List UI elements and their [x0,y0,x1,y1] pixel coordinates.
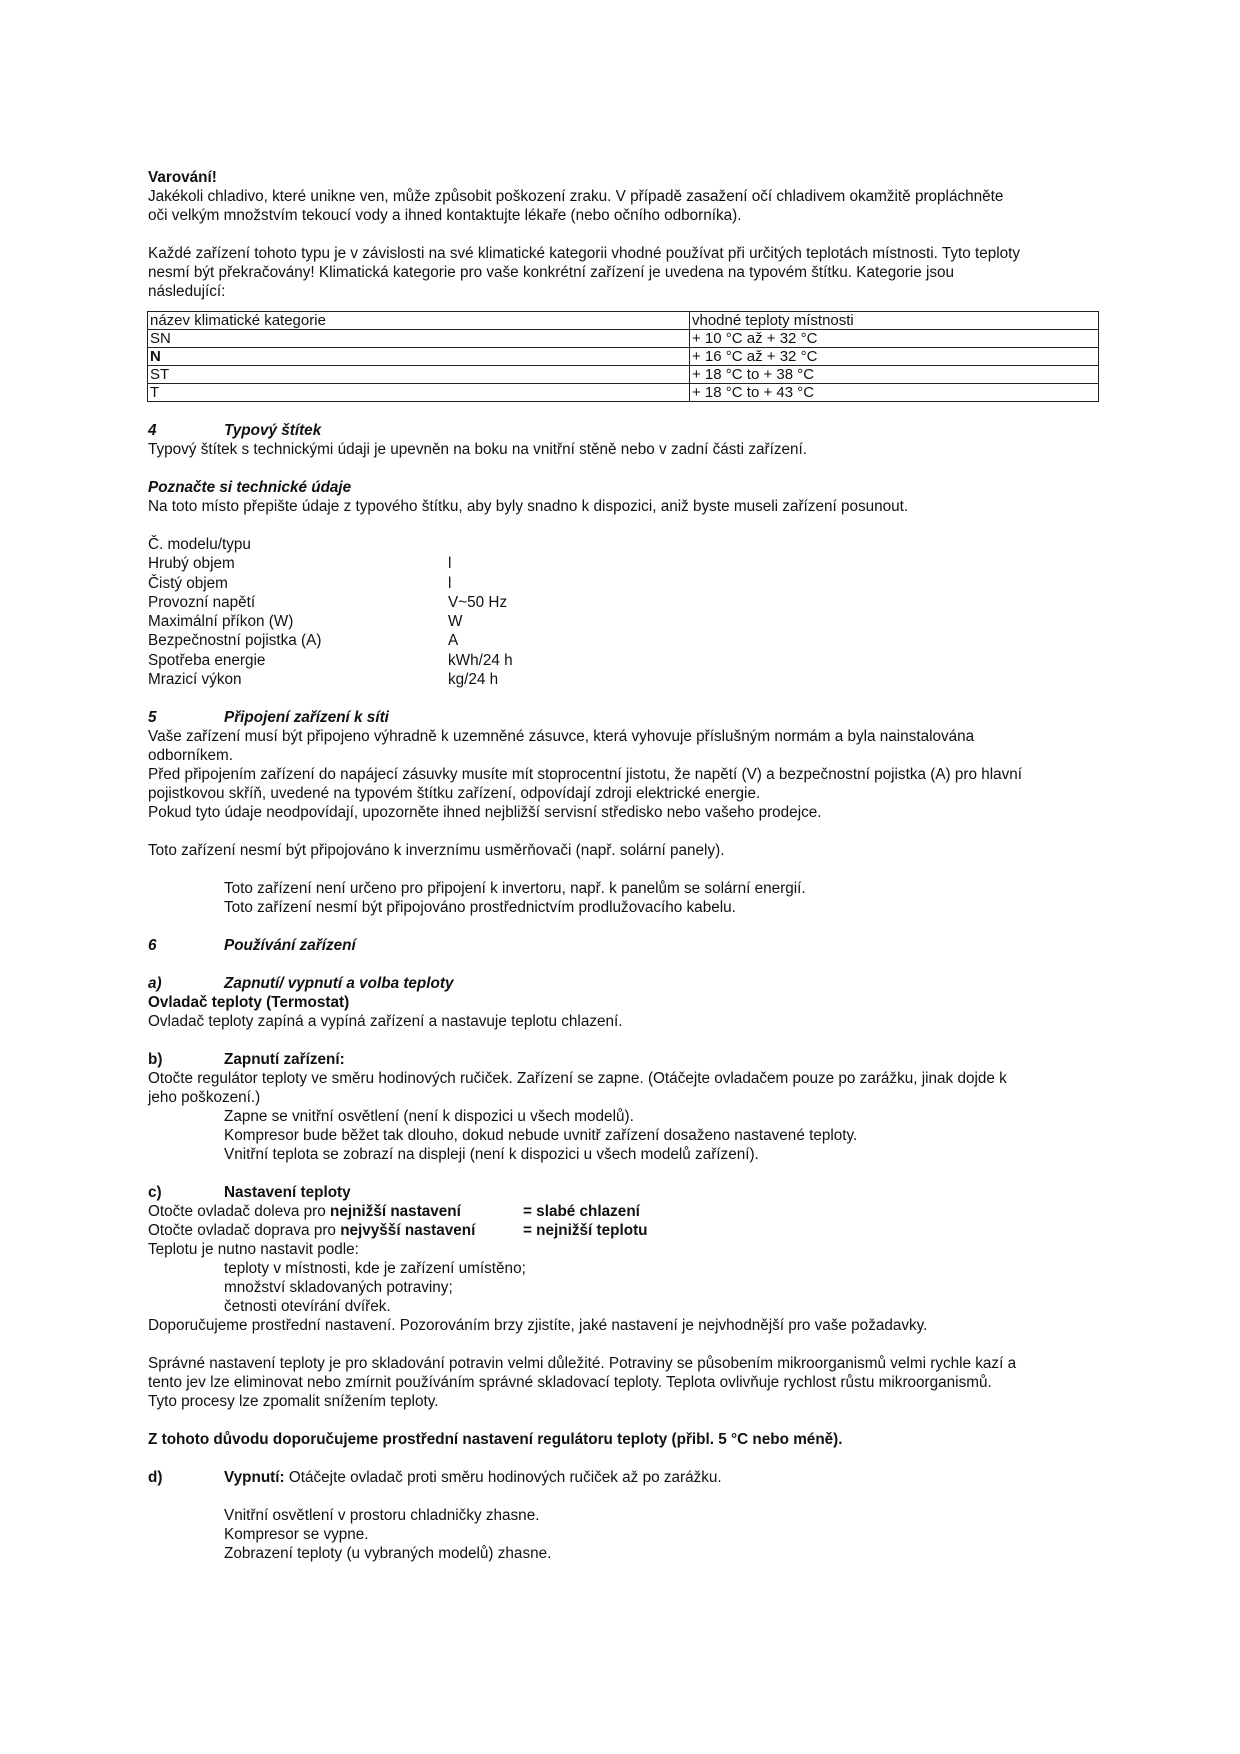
section-5-line: pojistkovou skříň, uvedené na typovém št… [148,784,1108,803]
tech-label: Provozní napětí [148,593,448,612]
tech-unit: l [448,574,451,593]
switch-on-item: Kompresor bude běžet tak dlouho, dokud n… [148,1126,1108,1145]
section-number: 4 [148,421,224,440]
section-5-heading: 5Připojení zařízení k síti [148,708,1108,727]
tech-data-row: Bezpečnostní pojistka (A)A [148,631,1108,650]
subsection-title: Nastavení teploty [224,1184,351,1201]
subsection-d-heading: d)Vypnutí: Otáčejte ovladač proti směru … [148,1468,1108,1487]
subsection-label: c) [148,1183,224,1202]
setting-row-left: Otočte ovladač doleva pro nejnižší nasta… [148,1202,1108,1221]
tech-data-row: Provozní napětíV~50 Hz [148,593,1108,612]
tech-data-subtext: Na toto místo přepište údaje z typového … [148,497,1108,516]
setting-result: = nejnižší teplotu [523,1222,648,1239]
table-cell: ST [148,366,690,384]
switch-on-item: Vnitřní teplota se zobrazí na displeji (… [148,1145,1108,1164]
recommend-text: Doporučujeme prostřední nastavení. Pozor… [148,1316,1108,1335]
table-cell: SN [148,330,690,348]
section-5-line: odborníkem. [148,746,1108,765]
climate-category-table: název klimatické kategorie vhodné teplot… [147,311,1099,402]
connection-note: Toto zařízení nesmí být připojováno pros… [148,898,1108,917]
section-number: 5 [148,708,224,727]
conclusion-text: Z tohoto důvodu doporučujeme prostřední … [148,1430,1108,1449]
thermostat-text: Ovladač teploty zapíná a vypíná zařízení… [148,1012,1108,1031]
thermostat-subtitle: Ovladač teploty (Termostat) [148,993,1108,1012]
climate-intro-line: nesmí být překračovány! Klimatická kateg… [148,263,1108,282]
table-header-row: název klimatické kategorie vhodné teplot… [148,312,1099,330]
tech-label: Hrubý objem [148,554,448,573]
storage-line: Správné nastavení teploty je pro skladov… [148,1354,1108,1373]
section-number: 6 [148,936,224,955]
switch-off-item: Kompresor se vypne. [148,1525,1108,1544]
warning-text-line: oči velkým množstvím tekoucí vody a ihne… [148,206,1108,225]
warning-title: Varování! [148,168,1108,187]
switch-off-text: Otáčejte ovladač proti směru hodinových … [285,1469,722,1486]
document-page: Varování! Jakékoli chladivo, které unikn… [148,168,1108,1563]
table-cell: N [148,348,690,366]
table-cell: + 16 °C až + 32 °C [690,348,1099,366]
section-4-heading: 4Typový štítek [148,421,1108,440]
tech-data-subtitle: Poznačte si technické údaje [148,478,1108,497]
table-cell: + 18 °C to + 43 °C [690,384,1099,402]
storage-line: Tyto procesy lze zpomalit snížením teplo… [148,1392,1108,1411]
tech-data-row: Č. modelu/typu [148,535,1108,554]
tech-data-row: Čistý objeml [148,574,1108,593]
inverter-warning: Toto zařízení nesmí být připojováno k in… [148,841,1108,860]
subsection-b-heading: b)Zapnutí zařízení: [148,1050,1108,1069]
tech-data-row: Hrubý objeml [148,554,1108,573]
tech-data-list: Č. modelu/typu Hrubý objeml Čistý objeml… [148,535,1108,689]
section-title: Používání zařízení [224,937,356,954]
tech-label: Spotřeba energie [148,651,448,670]
tech-data-row: Maximální příkon (W)W [148,612,1108,631]
subsection-title: Zapnutí/ vypnutí a volba teploty [224,975,453,992]
table-row: N + 16 °C až + 32 °C [148,348,1099,366]
connection-note: Toto zařízení není určeno pro připojení … [148,879,1108,898]
subsection-label: b) [148,1050,224,1069]
subsection-c-heading: c)Nastavení teploty [148,1183,1108,1202]
subsection-label: a) [148,974,224,993]
storage-line: tento jev lze eliminovat nebo zmírnit po… [148,1373,1108,1392]
table-row: T + 18 °C to + 43 °C [148,384,1099,402]
tech-unit: W [448,612,462,631]
table-header-cell: vhodné teploty místnosti [690,312,1099,330]
switch-off-item: Zobrazení teploty (u vybraných modelů) z… [148,1544,1108,1563]
tech-unit: kg/24 h [448,670,498,689]
tech-label: Bezpečnostní pojistka (A) [148,631,448,650]
tech-label: Č. modelu/typu [148,535,448,554]
section-5-line: Před připojením zařízení do napájecí zás… [148,765,1108,784]
subsection-title: Zapnutí zařízení: [224,1051,345,1068]
section-4-text: Typový štítek s technickými údaji je upe… [148,440,1108,459]
table-cell: + 18 °C to + 38 °C [690,366,1099,384]
section-title: Připojení zařízení k síti [224,709,389,726]
table-header-cell: název klimatické kategorie [148,312,690,330]
subsection-label: d) [148,1468,224,1487]
tech-unit: A [448,631,458,650]
tech-data-row: Mrazicí výkonkg/24 h [148,670,1108,689]
depends-item: četnosti otevírání dvířek. [148,1297,1108,1316]
tech-unit: V~50 Hz [448,593,507,612]
tech-label: Čistý objem [148,574,448,593]
depends-item: teploty v místnosti, kde je zařízení umí… [148,1259,1108,1278]
section-6-heading: 6Používání zařízení [148,936,1108,955]
switch-on-line: Otočte regulátor teploty ve směru hodino… [148,1069,1108,1088]
table-cell: T [148,384,690,402]
subsection-title: Vypnutí: [224,1469,285,1486]
climate-intro-line: Každé zařízení tohoto typu je v závislos… [148,244,1108,263]
table-cell: + 10 °C až + 32 °C [690,330,1099,348]
depends-text: Teplotu je nutno nastavit podle: [148,1240,1108,1259]
switch-off-item: Vnitřní osvětlení v prostoru chladničky … [148,1506,1108,1525]
depends-item: množství skladovaných potraviny; [148,1278,1108,1297]
section-title: Typový štítek [224,422,321,439]
switch-on-line: jeho poškození.) [148,1088,1108,1107]
tech-label: Mrazicí výkon [148,670,448,689]
tech-label: Maximální příkon (W) [148,612,448,631]
tech-unit: l [448,554,451,573]
tech-data-row: Spotřeba energiekWh/24 h [148,651,1108,670]
subsection-a-heading: a)Zapnutí/ vypnutí a volba teploty [148,974,1108,993]
warning-text-line: Jakékoli chladivo, které unikne ven, můž… [148,187,1108,206]
tech-unit: kWh/24 h [448,651,513,670]
table-row: SN + 10 °C až + 32 °C [148,330,1099,348]
table-row: ST + 18 °C to + 38 °C [148,366,1099,384]
switch-on-item: Zapne se vnitřní osvětlení (není k dispo… [148,1107,1108,1126]
section-5-line: Pokud tyto údaje neodpovídají, upozornět… [148,803,1108,822]
setting-row-right: Otočte ovladač doprava pro nejvyšší nast… [148,1221,1108,1240]
section-5-line: Vaše zařízení musí být připojeno výhradn… [148,727,1108,746]
setting-result: = slabé chlazení [523,1203,640,1220]
climate-intro-line: následující: [148,282,1108,301]
